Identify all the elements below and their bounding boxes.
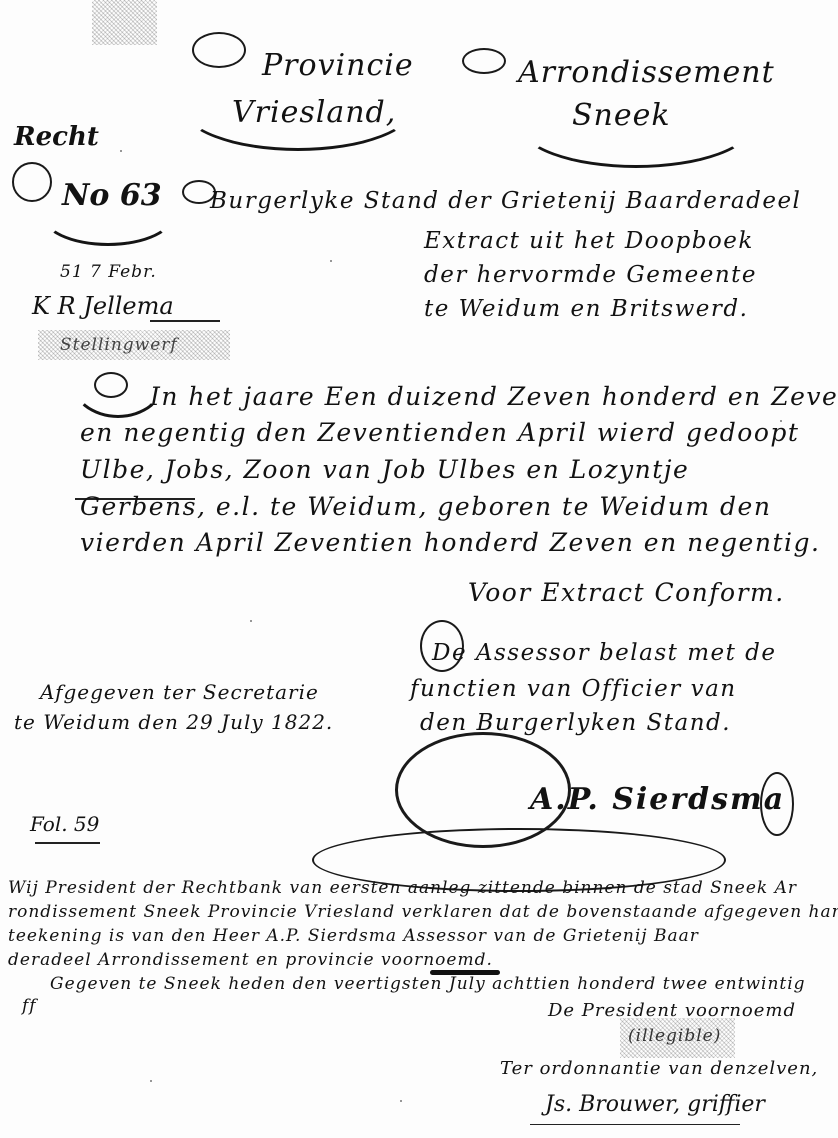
margin-note-recht: Recht — [14, 122, 99, 152]
legalization-line-1: Wij President der Rechtbank van eersten … — [8, 878, 797, 898]
document-page: Provincie Vriesland, Arrondissement Snee… — [0, 0, 838, 1138]
annotation-underline — [150, 320, 220, 322]
header-province-label: Provincie — [262, 48, 414, 83]
header-arrondissement-name: Sneek — [572, 98, 671, 133]
paper-speck — [780, 420, 782, 422]
annotation-name: K R Jellema — [32, 292, 174, 320]
president-signature: (illegible) — [628, 1026, 721, 1046]
body-line-1: In het jaare Een duizend Zeven honderd e… — [150, 382, 838, 411]
assessor-line-2: functien van Officier van — [410, 676, 737, 702]
griffier-ordonnance-line: Ter ordonnantie van denzelven, — [500, 1058, 818, 1079]
griffier-signature: Js. Brouwer, griffier — [545, 1092, 765, 1117]
folio-note: Fol. 59 — [30, 812, 99, 836]
paper-speck — [250, 620, 252, 622]
paper-speck — [400, 1100, 402, 1102]
griffier-underline — [530, 1124, 740, 1125]
body-line-4: Gerbens, e.l. te Weidum, geboren te Weid… — [80, 492, 771, 521]
title-line-2: Extract uit het Doopboek — [424, 228, 754, 254]
number-flourish-loop — [12, 162, 52, 202]
paper-speck — [150, 1080, 152, 1082]
legalization-line-4: deradeel Arrondissement en provincie voo… — [8, 950, 493, 970]
legalization-line-3: teekening is van den Heer A.P. Sierdsma … — [8, 926, 699, 946]
record-number: No 63 — [62, 178, 162, 213]
body-line-5: vierden April Zeventien honderd Zeven en… — [80, 528, 820, 557]
body-line-3: Ulbe, Jobs, Zoon van Job Ulbes en Lozynt… — [80, 455, 689, 484]
paper-speck — [120, 150, 122, 152]
header-flourish-left — [192, 32, 246, 68]
header-arrondissement-label: Arrondissement — [518, 55, 775, 90]
legalization-ink-blot — [430, 970, 500, 975]
legalization-line-5: Gegeven te Sneek heden den veertigsten J… — [50, 974, 806, 994]
folio-underline — [35, 842, 100, 844]
title-line-3: der hervormde Gemeente — [424, 262, 757, 288]
annotation-date: 51 7 Febr. — [60, 262, 157, 282]
top-stamp-smudge — [92, 0, 157, 45]
issued-line-1: Afgegeven ter Secretarie — [40, 680, 319, 704]
legalization-line-2: rondissement Sneek Provincie Vriesland v… — [8, 902, 838, 922]
body-line-2: en negentig den Zeventienden April wierd… — [80, 418, 799, 447]
title-line-1: Burgerlyke Stand der Grietenij Baarderad… — [210, 188, 801, 214]
issued-line-2: te Weidum den 29 July 1822. — [14, 710, 333, 734]
title-line-4: te Weidum en Britswerd. — [424, 296, 748, 322]
header-province-name: Vriesland, — [232, 95, 396, 130]
legalization-line-6: ff — [22, 996, 37, 1016]
paper-speck — [330, 260, 332, 262]
assessor-line-1: De Assessor belast met de — [432, 640, 777, 666]
conformity-statement: Voor Extract Conform. — [468, 578, 785, 607]
header-flourish-right — [462, 48, 506, 74]
assessor-signature: A.P. Sierdsma — [530, 782, 785, 817]
